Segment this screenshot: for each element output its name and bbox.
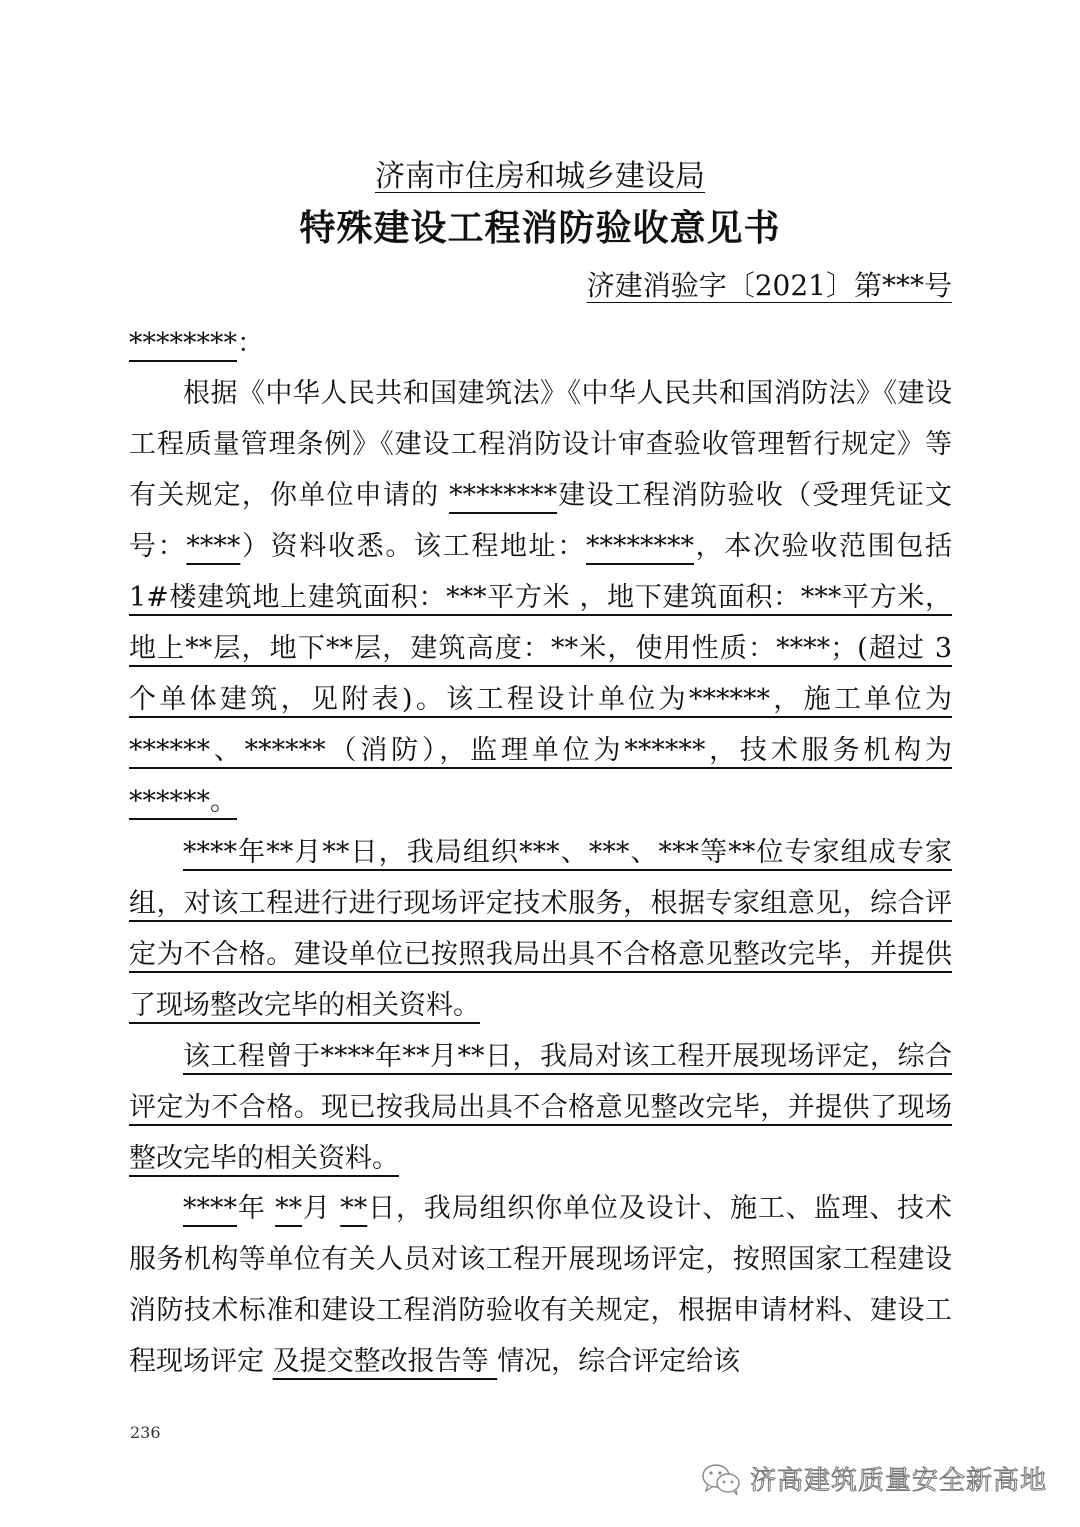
page-number: 236 [130, 1423, 161, 1442]
paragraph-expert-review: ****年**月**日，我局组织***、***、***等**位专家组成专家组，对… [129, 827, 952, 1031]
submitted-report-field: 及提交整改报告等 [273, 1346, 498, 1377]
paragraph-onsite-evaluation: ****年 **月 **日，我局组织你单位及设计、施工、监理、技术服务机构等单位… [129, 1183, 952, 1387]
addressee-name: ******** [129, 328, 237, 359]
text: ，本次验收范围包括 [694, 531, 952, 562]
issuing-agency: 济南市住房和城乡建设局 [0, 155, 1080, 199]
paragraph-legal-basis: 根据《中华人民共和国建筑法》《中华人民共和国消防法》《建设工程质量管理条例》《建… [129, 368, 952, 827]
addressee: ********： [129, 318, 952, 369]
text: 情况，综合评定给该 [497, 1346, 740, 1377]
document-title: 特殊建设工程消防验收意见书 [0, 203, 1080, 255]
watermark: 济高建筑质量安全新高地 [700, 1460, 1047, 1497]
receipt-number-field: **** [186, 531, 240, 562]
agency-name: 济南市住房和城乡建设局 [375, 159, 705, 194]
day-field: ** [340, 1193, 367, 1224]
year-field: **** [183, 1193, 237, 1224]
document-number: 济建消验字〔2021〕第***号 [587, 266, 952, 306]
addressee-colon: ： [237, 328, 264, 359]
prior-evaluation-text: 该工程曾于****年**月**日，我局对该工程开展现场评定，综合评定为不合格。现… [129, 1041, 952, 1174]
project-address-field: ******** [586, 531, 694, 562]
text: 月 [302, 1193, 340, 1224]
expert-review-text: ****年**月**日，我局组织***、***、***等**位专家组成专家组，对… [129, 837, 952, 1021]
project-scope-field: 1#楼建筑地上建筑面积：***平方米 ，地下建筑面积：***平方米，地上**层，… [129, 582, 952, 817]
document-page: 济南市住房和城乡建设局 特殊建设工程消防验收意见书 济建消验字〔2021〕第**… [0, 0, 1080, 1527]
text: ）资料收悉。该工程地址： [240, 531, 586, 562]
watermark-text: 济高建筑质量安全新高地 [750, 1460, 1047, 1497]
wechat-icon [700, 1462, 744, 1496]
paragraph-prior-evaluation: 该工程曾于****年**月**日，我局对该工程开展现场评定，综合评定为不合格。现… [129, 1031, 952, 1184]
month-field: ** [275, 1193, 302, 1224]
project-name-field: ******** [449, 480, 557, 511]
text: 年 [237, 1193, 275, 1224]
